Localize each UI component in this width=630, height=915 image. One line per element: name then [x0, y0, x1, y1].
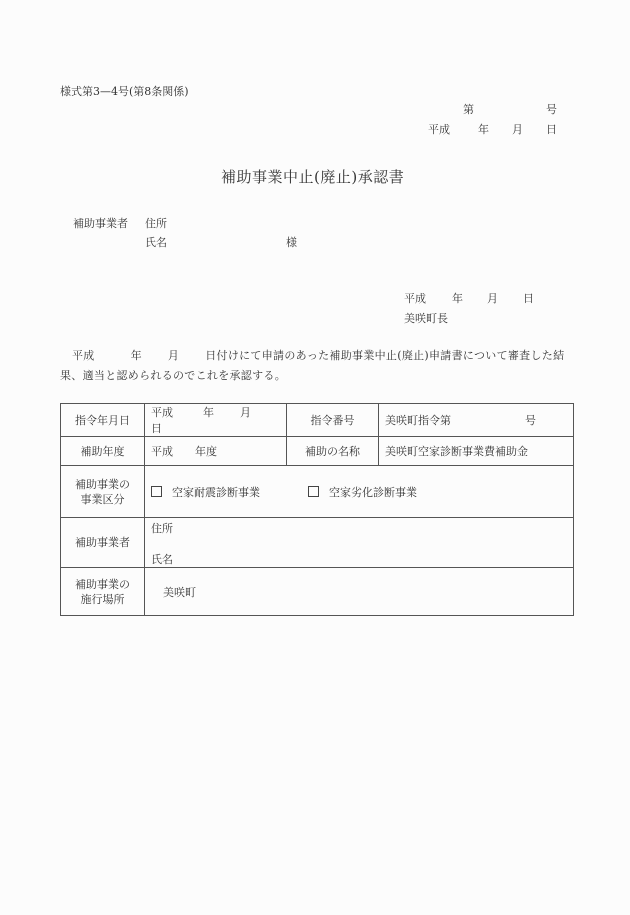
table-row-location: 補助事業の 施行場所 美咲町 [61, 568, 574, 616]
location-value: 美咲町 [145, 568, 574, 616]
option-seismic-label: 空家耐震診断事業 [172, 486, 260, 499]
operator-address-label: 住所 [151, 521, 567, 536]
table-row-operator: 補助事業者 住所 氏名 [61, 518, 574, 568]
order-date-value: 平成年月日 [145, 404, 287, 437]
category-label-line2: 事業区分 [81, 493, 125, 506]
doc-number-prefix: 第 [463, 104, 474, 115]
location-label-line2: 施行場所 [81, 593, 125, 606]
body-paragraph: 平成年月日付けにて申請のあった補助事業中止(廃止)申請書について審査した結果、適… [60, 346, 580, 386]
operator-name-label: 氏名 [151, 552, 567, 567]
fiscal-year-value: 平成年度 [145, 437, 287, 466]
body-date-era: 平成 [72, 349, 95, 362]
subsidy-name-value: 美咲町空家診断事業費補助金 [379, 437, 574, 466]
location-label-line1: 補助事業の [75, 578, 130, 591]
order-number-suffix: 号 [525, 414, 536, 427]
approval-table: 指令年月日 平成年月日 指令番号 美咲町指令第号 補助年度 平成年度 補助の名称… [60, 403, 574, 616]
operator-value: 住所 氏名 [145, 518, 574, 568]
recipient-address-label: 住所 [145, 218, 167, 229]
doc-number-suffix: 号 [546, 104, 557, 115]
fiscal-year-year: 年度 [195, 445, 217, 458]
form-id: 様式第3—4号(第8条関係) [60, 86, 189, 97]
issue-date-year: 年 [478, 124, 489, 135]
issuer-date-day: 日 [523, 293, 534, 304]
body-date-month: 月 [168, 349, 179, 362]
recipient-honorific: 様 [286, 237, 297, 248]
operator-label: 補助事業者 [61, 518, 145, 568]
order-date-day: 日 [151, 422, 162, 435]
option-seismic-diagnosis[interactable]: 空家耐震診断事業 [151, 486, 260, 499]
recipient-name-label: 氏名 [145, 237, 167, 248]
order-date-month: 月 [240, 406, 251, 419]
category-label-line1: 補助事業の [75, 478, 130, 491]
body-date-year: 年 [131, 349, 142, 362]
option-deterioration-diagnosis[interactable]: 空家劣化診断事業 [308, 486, 417, 499]
issue-date-month: 月 [512, 124, 523, 135]
issue-date-day: 日 [546, 124, 557, 135]
order-date-year: 年 [203, 406, 214, 419]
order-number-prefix: 美咲町指令第 [385, 414, 451, 427]
table-row-fiscal-year: 補助年度 平成年度 補助の名称 美咲町空家診断事業費補助金 [61, 437, 574, 466]
issuer-name: 美咲町長 [404, 313, 448, 324]
category-options: 空家耐震診断事業空家劣化診断事業 [145, 466, 574, 518]
location-label: 補助事業の 施行場所 [61, 568, 145, 616]
recipient-label: 補助事業者 [73, 218, 128, 229]
order-date-label: 指令年月日 [61, 404, 145, 437]
order-date-era: 平成 [151, 406, 173, 419]
issuer-date-month: 月 [487, 293, 498, 304]
category-label: 補助事業の 事業区分 [61, 466, 145, 518]
table-row-order-date: 指令年月日 平成年月日 指令番号 美咲町指令第号 [61, 404, 574, 437]
checkbox-icon[interactable] [308, 486, 319, 497]
subsidy-name-label: 補助の名称 [287, 437, 379, 466]
fiscal-year-era: 平成 [151, 445, 173, 458]
issue-date-era: 平成 [428, 124, 450, 135]
issuer-date-year: 年 [452, 293, 463, 304]
option-deterioration-label: 空家劣化診断事業 [329, 486, 417, 499]
order-number-value: 美咲町指令第号 [379, 404, 574, 437]
issuer-date-era: 平成 [404, 293, 426, 304]
order-number-label: 指令番号 [287, 404, 379, 437]
fiscal-year-label: 補助年度 [61, 437, 145, 466]
document-title: 補助事業中止(廃止)承認書 [221, 170, 404, 185]
checkbox-icon[interactable] [151, 486, 162, 497]
table-row-category: 補助事業の 事業区分 空家耐震診断事業空家劣化診断事業 [61, 466, 574, 518]
